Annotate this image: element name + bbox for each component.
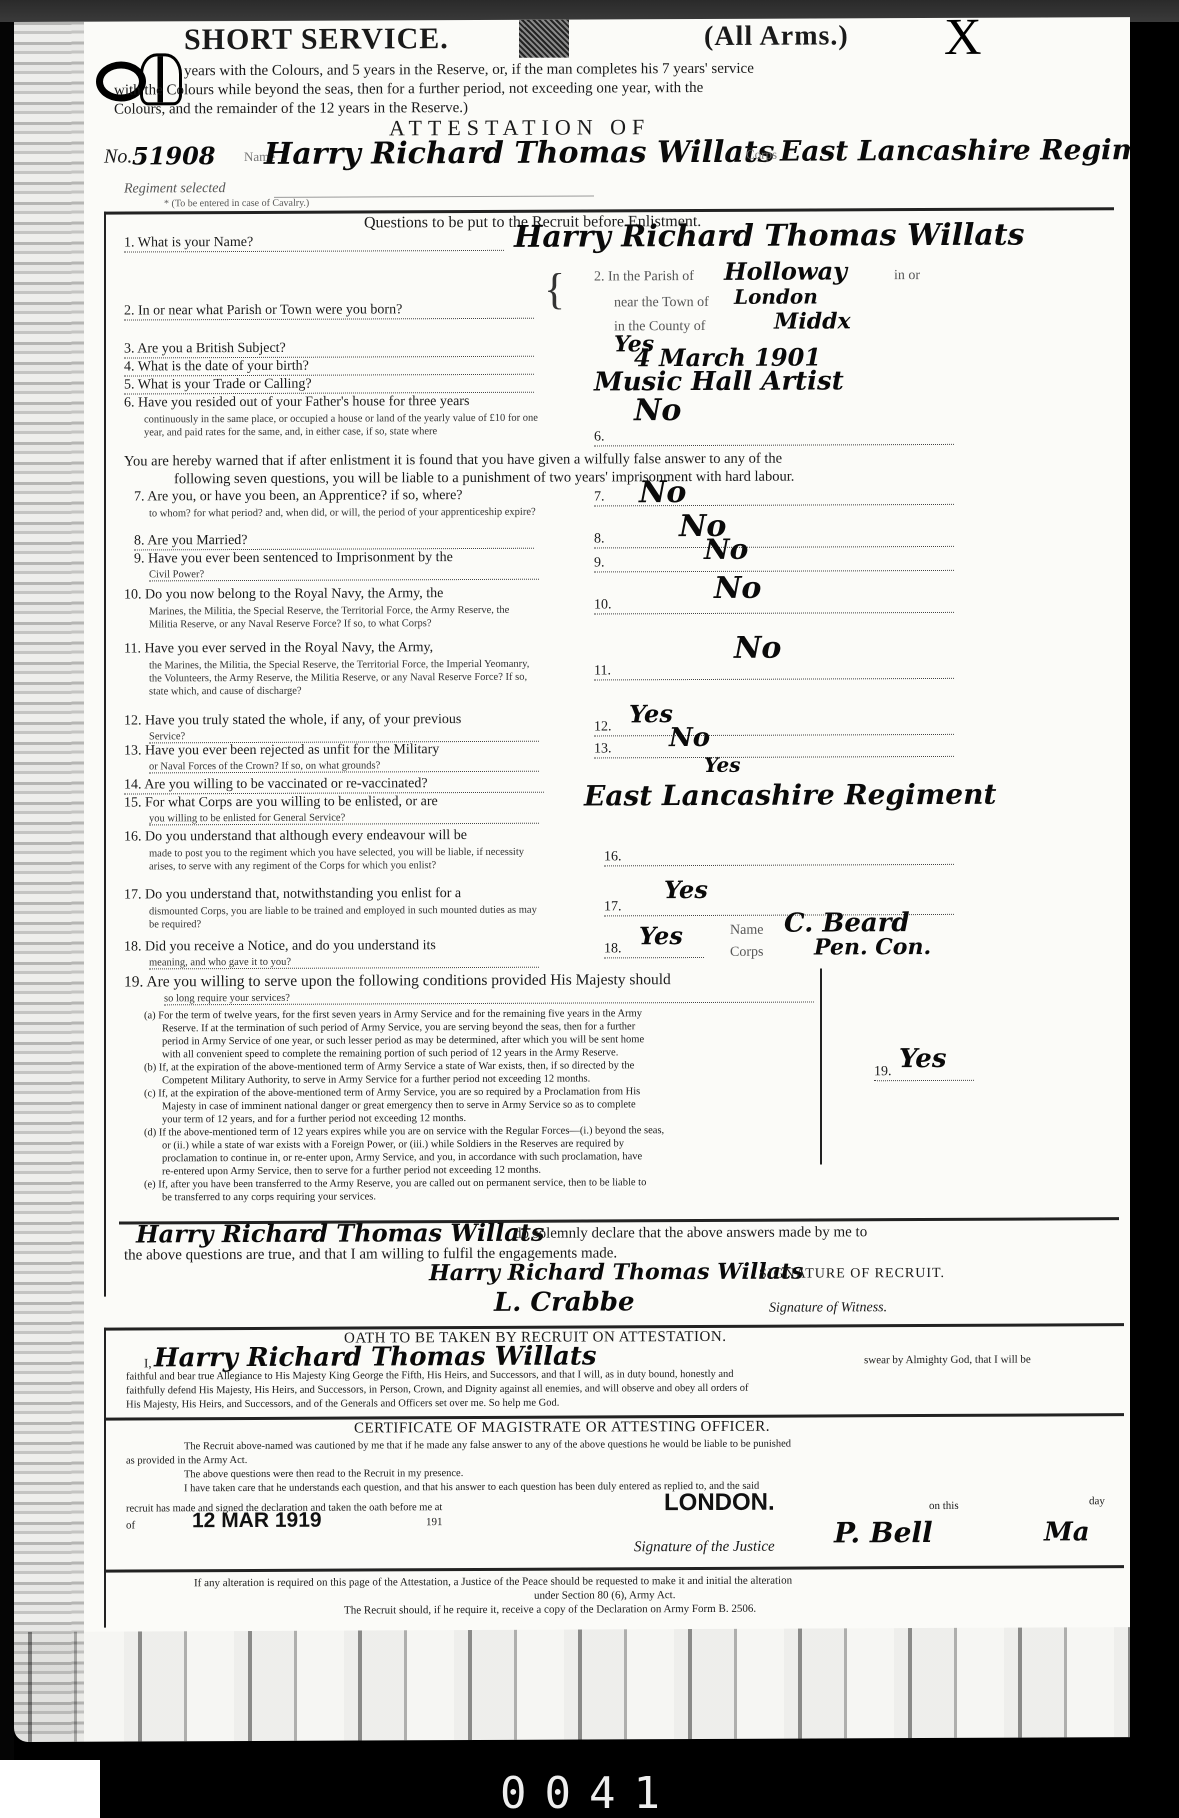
certificate-title: CERTIFICATE OF MAGISTRATE OR ATTESTING O… [354,1419,770,1438]
recruit-name-header: Harry Richard Thomas Willats [264,135,775,172]
justice-signature-label: Signature of the Justice [634,1539,775,1557]
number-label: No. [104,145,132,168]
condition-d-line-3: proclamation to continue in, or re-enter… [144,1150,664,1165]
answer-13-line: 13. [594,740,954,759]
scan-noise-bottom [14,1627,1130,1742]
scan-bottom-corner [0,1760,100,1818]
question-6: 6. Have you resided out of your Father's… [124,394,469,412]
question-16-detail: made to post you to the regiment which y… [149,846,539,874]
question-19-detail: so long require your services? [164,991,814,1006]
question-19: 19. Are you willing to serve upon the fo… [124,971,671,991]
form-type-title: SHORT SERVICE. [184,22,449,57]
terms-line-1: years with the Colours, and 5 years in t… [184,61,754,80]
answer-9: No [704,533,748,566]
question-1: 1. What is your Name? [124,234,504,253]
question-18: 18. Did you receive a Notice, and do you… [124,938,436,955]
answer-16-line: 16. [604,848,954,867]
place-stamp: LONDON. [664,1489,775,1517]
question-8: 8. Are you Married? [134,532,534,551]
question-13-detail: or Naval Forces of the Crown? If so, on … [149,760,539,774]
scan-noise-left [14,22,84,1742]
footer-line-3: The Recruit should, if he require it, re… [344,1603,756,1617]
witness-signature: L. Crabbe [494,1287,635,1318]
notice-corps: Pen. Con. [814,934,931,961]
attestation-document: X SHORT SERVICE. (All Arms.) years with … [14,17,1130,1742]
questions-left-rule [104,212,106,1297]
on-this-label: on this [929,1500,959,1512]
oath-line-1: swear by Almighty God, that I will be [864,1354,1031,1367]
day-label: day [1089,1495,1105,1507]
warning-line-2: following seven questions, you will be l… [174,469,794,489]
certificate-line-2: as provided in the Army Act. [126,1455,247,1467]
question-17-detail: dismounted Corps, you are liable to be t… [149,904,539,932]
question-9-detail: Civil Power? [149,568,539,582]
footer-line-2: under Section 80 (6), Army Act. [534,1589,675,1602]
question-10-detail: Marines, the Militia, the Special Reserv… [149,604,539,632]
condition-e-line-2: be transferred to any corps requiring yo… [144,1189,664,1204]
all-arms-label: (All Arms.) [704,20,849,53]
answer-2-county: Middx [774,308,851,334]
oath-prefix: I, [144,1355,152,1371]
corps-value: East Lancashire Regiment [780,133,1130,168]
brace-2: { [544,268,565,312]
question-11-detail: the Marines, the Militia, the Special Re… [149,658,539,699]
notice-corps-label: Corps [730,945,763,961]
question-3: 3. Are you a British Subject? [124,340,534,359]
answer-14: Yes [704,753,741,777]
answer-7: No [639,475,686,510]
ink-cross-mark-icon: X [944,17,982,67]
answer-1-name: Harry Richard Thomas Willats [514,218,1025,255]
answer-19: Yes [899,1044,946,1074]
question-12: 12. Have you truly stated the whole, if … [124,712,461,729]
answer-17: Yes [664,875,708,904]
notice-name-label: Name [730,923,763,939]
oath-left-rule [104,1328,106,1628]
corps-label: Corps [746,147,777,163]
regiment-note: * (To be entered in case of Cavalry.) [164,198,309,210]
question-18-detail: meaning, and who gave it to you? [149,956,539,970]
certificate-bottom-rule [104,1565,1124,1572]
answer-9-line: 9. [594,554,954,573]
royal-crest-icon [519,20,569,58]
regiment-selected-line [274,195,594,197]
footer-line-1: If any alteration is required on this pa… [194,1575,792,1590]
answer-6-line: 6. [594,428,954,447]
microfilm-frame-counter: 0041 [500,1768,678,1818]
answer-12: Yes [629,699,673,728]
answer-2-town: London [734,284,818,308]
declaration-name: Harry Richard Thomas Willats [136,1218,544,1249]
question-17: 17. Do you understand that, notwithstand… [124,886,461,903]
answer-18: Yes [639,921,683,950]
terms-line-2: with the Colours while beyond the seas, … [114,80,703,100]
scan-right-edge [1130,22,1179,1818]
conditions-list: (a) For the term of twelve years, for th… [144,1007,664,1204]
question-7: 7. Are you, or have you been, an Apprent… [134,488,463,505]
question-15-detail: you willing to be enlisted for General S… [149,812,539,826]
question-13: 13. Have you ever been rejected as unfit… [124,742,439,759]
condition-e: (e) If, after you have been transferred … [144,1176,664,1191]
regimental-number: 51908 [132,141,216,170]
year-prefix: 191 [426,1516,443,1528]
recruit-signature-label: SIGNATURE OF RECRUIT. [759,1266,945,1283]
question-16: 16. Do you understand that although ever… [124,828,467,845]
question-15: 15. For what Corps are you willing to be… [124,794,438,811]
oath-line-2: faithful and bear true Allegiance to His… [126,1369,734,1383]
question-2: 2. In or near what Parish or Town were y… [124,302,534,321]
declaration-line-1: do solemnly declare that the above answe… [514,1224,867,1243]
certificate-line-1: The Recruit above-named was cautioned by… [184,1439,791,1453]
answer-10: No [714,571,761,606]
question-6-detail: continuously in the same place, or occup… [144,412,544,440]
justice-suffix: Ma [1044,1517,1090,1547]
oath-line-4: His Majesty, His Heirs, and Successors, … [126,1398,559,1411]
witness-signature-label: Signature of Witness. [769,1300,887,1317]
scan-left-edge [0,22,14,1762]
question-7-detail: to whom? for what period? and, when did,… [149,506,539,521]
of-label: of [126,1519,135,1531]
recruit-signature: Harry Richard Thomas Willats [429,1259,803,1287]
question-5: 5. What is your Trade or Calling? [124,376,534,395]
answer-2-parish: Holloway [724,256,847,286]
question-12-detail: Service? [149,730,539,744]
answer-2-parish-suffix: in or [894,268,920,284]
question-4: 4. What is the date of your birth? [124,358,534,377]
conditions-right-rule [820,968,822,1164]
certificate-line-3: The above questions were then read to th… [184,1468,463,1480]
justice-signature: P. Bell [834,1516,933,1549]
answer-15: East Lancashire Regiment [584,778,996,813]
answer-2-town-label: near the Town of [614,295,709,311]
answer-13: No [669,723,710,753]
question-11: 11. Have you ever served in the Royal Na… [124,640,433,657]
answer-10-line: 10. [594,596,954,615]
question-10: 10. Do you now belong to the Royal Navy,… [124,586,443,603]
warning-line-1: You are hereby warned that if after enli… [124,451,782,471]
date-stamp: 12 MAR 1919 [192,1509,322,1534]
condition-c-line-2: Majesty in case of imminent national dan… [144,1098,664,1113]
regiment-selected-label: Regiment selected [124,181,225,197]
oath-name: Harry Richard Thomas Willats [154,1341,596,1373]
question-14: 14. Are you willing to be vaccinated or … [124,776,544,795]
answer-6: No [634,393,681,428]
answer-11: No [734,631,781,666]
answer-5: Music Hall Artist [594,366,844,397]
answer-2-parish-label: 2. In the Parish of [594,269,694,285]
question-9: 9. Have you ever been sentenced to Impri… [134,550,453,567]
answer-8-line: 8. [594,530,954,549]
oath-line-3: faithfully defend His Majesty, His Heirs… [126,1383,748,1397]
